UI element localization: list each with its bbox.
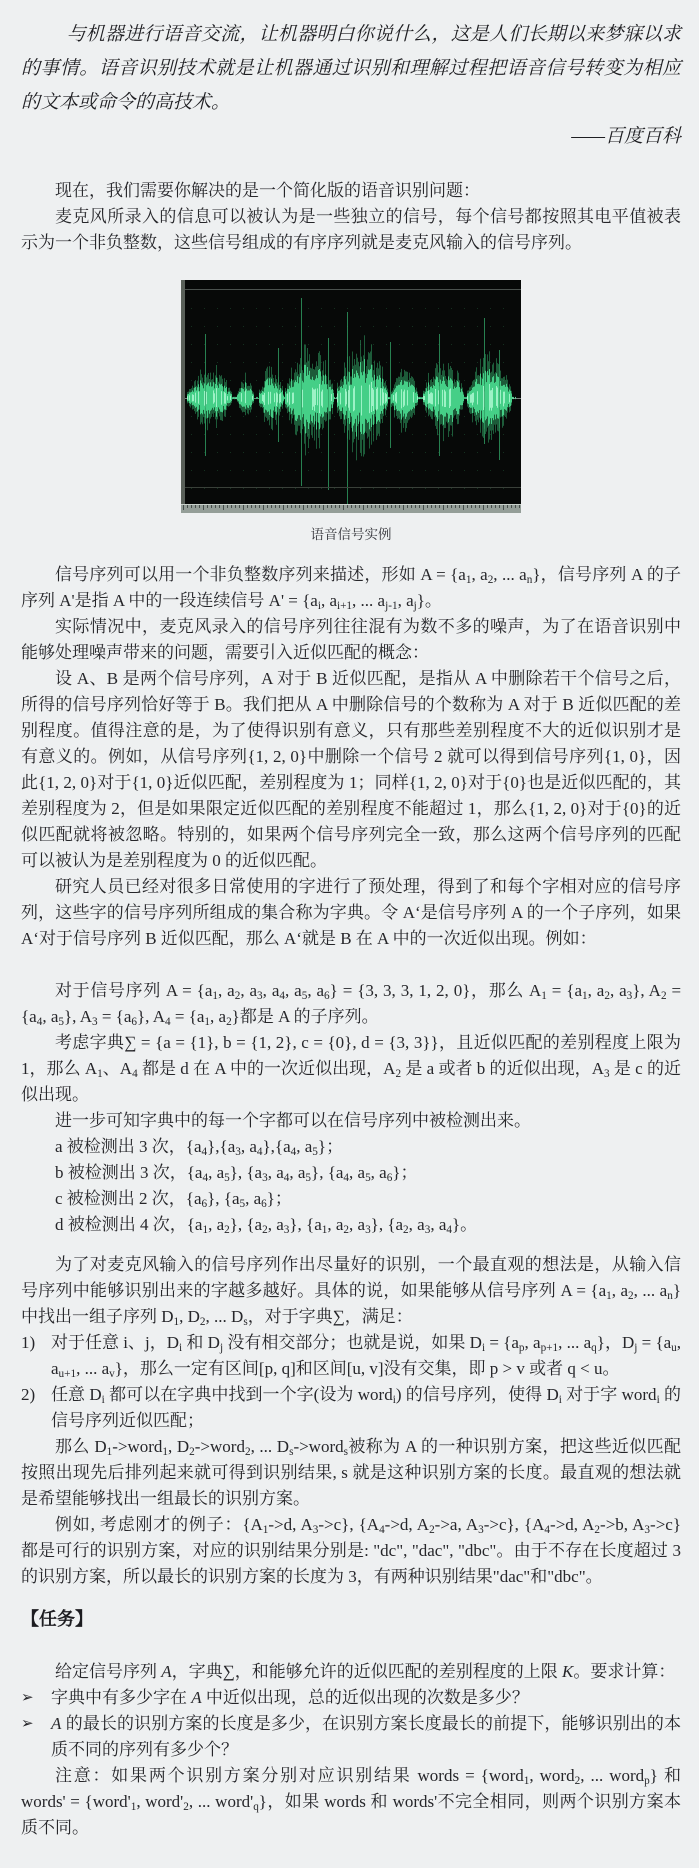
para-dictionary: 研究人员已经对很多日常使用的字进行了预处理，得到了和每个字相对应的信号序列，这些… bbox=[21, 874, 681, 952]
para-intro-1: 现在，我们需要你解决的是一个简化版的语音识别问题： bbox=[21, 178, 681, 204]
para-example-sequence: 对于信号序列 A = {a1, a2, a3, a4, a5, a6} = {3… bbox=[21, 978, 681, 1030]
para-noise: 实际情况中，麦克风录入的信号序列往往混有为数不多的噪声，为了在语音识别中能够处理… bbox=[21, 614, 681, 666]
waveform-image bbox=[181, 280, 521, 513]
document-page: 与机器进行语音交流，让机器明白你说什么，这是人们长期以来梦寐以求的事情。语音识别… bbox=[0, 0, 699, 1853]
epigraph: 与机器进行语音交流，让机器明白你说什么，这是人们长期以来梦寐以求的事情。语音识别… bbox=[21, 18, 681, 154]
epigraph-attribution: ——百度百科 bbox=[21, 120, 681, 154]
para-task-note: 注意：如果两个识别方案分别对应识别结果 words = {word1, word… bbox=[21, 1763, 681, 1841]
condition-marker: 1) bbox=[21, 1330, 51, 1382]
condition-text: 对于任意 i、j，Di 和 Dj 没有相交部分；也就是说，如果 Di = {ap… bbox=[51, 1330, 681, 1382]
condition-text: 任意 Di 都可以在字典中找到一个字(设为 wordi) 的信号序列，使得 Di… bbox=[51, 1382, 681, 1434]
para-goal: 为了对麦克风输入的信号序列作出尽量好的识别，一个最直观的想法是，从输入信号序列中… bbox=[21, 1252, 681, 1330]
task-heading: 【任务】 bbox=[21, 1606, 681, 1633]
para-example-dictionary: 考虑字典∑ = {a = {1}, b = {1, 2}, c = {0}, d… bbox=[21, 1030, 681, 1108]
waveform-svg bbox=[181, 280, 521, 513]
blank-line bbox=[21, 952, 681, 978]
para-sequence-definition: 信号序列可以用一个非负整数序列来描述，形如 A = {a1, a2, ... a… bbox=[21, 562, 681, 614]
blank-half-line bbox=[21, 1238, 681, 1252]
task-bullet-text: A 的最长的识别方案的长度是多少，在识别方案长度最长的前提下，能够识别出的本质不… bbox=[51, 1711, 681, 1763]
task-bullet-1: ➢ 字典中有多少字在 A 中近似出现，总的近似出现的次数是多少？ bbox=[21, 1685, 681, 1711]
figure-caption: 语音信号实例 bbox=[21, 526, 681, 544]
detect-line-a: a 被检测出 3 次，{a4},{a3, a4},{a4, a5}； bbox=[21, 1134, 681, 1160]
detect-line-b: b 被检测出 3 次，{a4, a5}, {a3, a4, a5}, {a4, … bbox=[21, 1160, 681, 1186]
condition-item-2: 2) 任意 Di 都可以在字典中找到一个字(设为 wordi) 的信号序列，使得… bbox=[21, 1382, 681, 1434]
task-bullet-text: 字典中有多少字在 A 中近似出现，总的近似出现的次数是多少？ bbox=[51, 1685, 681, 1711]
para-scheme: 那么 D1->word1, D2->word2, ... Ds->words被称… bbox=[21, 1434, 681, 1512]
task-bullet-2: ➢ A 的最长的识别方案的长度是多少，在识别方案长度最长的前提下，能够识别出的本… bbox=[21, 1711, 681, 1763]
detect-line-d: d 被检测出 4 次，{a1, a2}, {a2, a3}, {a1, a2, … bbox=[21, 1212, 681, 1238]
arrow-bullet-icon: ➢ bbox=[21, 1685, 51, 1711]
epigraph-text: 与机器进行语音交流，让机器明白你说什么，这是人们长期以来梦寐以求的事情。语音识别… bbox=[21, 18, 681, 120]
condition-marker: 2) bbox=[21, 1382, 51, 1434]
para-intro-2: 麦克风所录入的信息可以被认为是一些独立的信号，每个信号都按照其电平值被表示为一个… bbox=[21, 204, 681, 256]
condition-item-1: 1) 对于任意 i、j，Di 和 Dj 没有相交部分；也就是说，如果 Di = … bbox=[21, 1330, 681, 1382]
detect-line-c: c 被检测出 2 次，{a6}, {a5, a6}； bbox=[21, 1186, 681, 1212]
para-approx-match: 设 A、B 是两个信号序列，A 对于 B 近似匹配，是指从 A 中删除若干个信号… bbox=[21, 666, 681, 874]
arrow-bullet-icon: ➢ bbox=[21, 1711, 51, 1763]
para-task-given: 给定信号序列 A，字典∑，和能够允许的近似匹配的差别程度的上限 K。要求计算： bbox=[21, 1659, 681, 1685]
para-scheme-example: 例如, 考虑刚才的例子：{A1->d, A3->c}, {A4->d, A2->… bbox=[21, 1512, 681, 1590]
para-further: 进一步可知字典中的每一个字都可以在信号序列中被检测出来。 bbox=[21, 1108, 681, 1134]
waveform-figure: 语音信号实例 bbox=[21, 280, 681, 544]
blank-line bbox=[21, 1633, 681, 1659]
